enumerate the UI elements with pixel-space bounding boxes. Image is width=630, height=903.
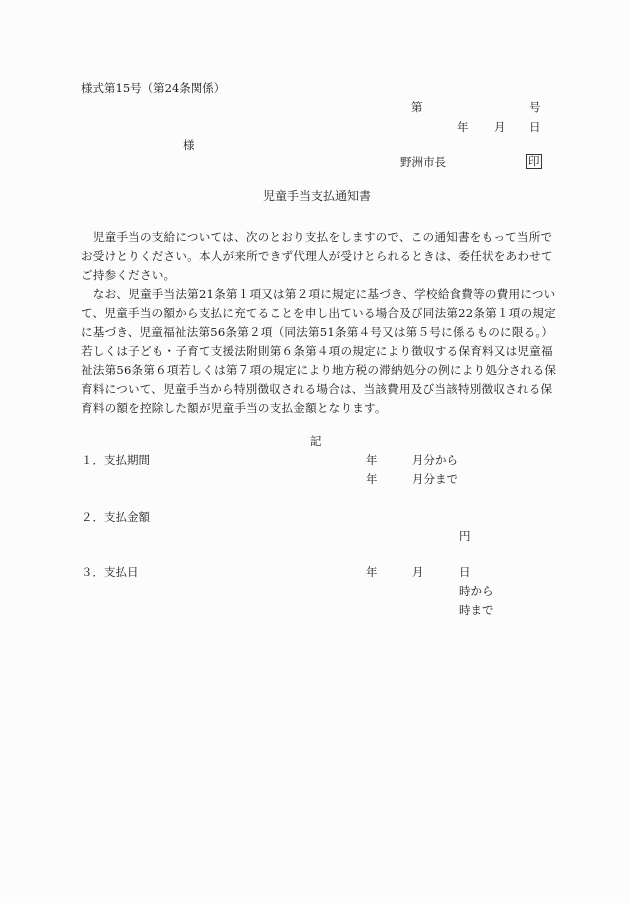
- amount-unit: 円: [459, 529, 471, 543]
- date-year: 年: [457, 120, 469, 134]
- addressee-suffix: 様: [183, 138, 195, 152]
- pay-time-from: 時から: [459, 584, 494, 598]
- number-prefix: 第: [411, 100, 423, 114]
- pay-time-to: 時まで: [459, 603, 494, 617]
- item-date-label: ３．支払日: [81, 565, 139, 579]
- number-suffix: 号: [529, 100, 541, 114]
- pay-date-year: 年: [366, 565, 378, 579]
- paragraph-line: お受けとりください。本人が来所できず代理人が受けとられるときは、委任状をあわせて: [81, 247, 551, 266]
- period-to-month: 月分まで: [412, 472, 458, 486]
- paragraph-1: 児童手当の支給については、次のとおり支払をしますので、この通知書をもって当所で …: [81, 228, 551, 285]
- item-amount-label: ２．支払金額: [81, 510, 150, 524]
- period-from-year: 年: [366, 453, 378, 467]
- paragraph-2: なお、児童手当法第21条第１項又は第２項に規定に基づき、学校給食費等の費用につい…: [81, 285, 551, 418]
- paragraph-line: 育料の額を控除した額が児童手当の支払金額となります。: [81, 399, 551, 418]
- paragraph-line: なお、児童手当法第21条第１項又は第２項に規定に基づき、学校給食費等の費用につい: [81, 285, 551, 304]
- seal-box: 印: [526, 154, 542, 169]
- period-to-year: 年: [366, 472, 378, 486]
- document-title: 児童手当支払通知書: [263, 189, 371, 203]
- pay-date-day: 日: [459, 565, 471, 579]
- paragraph-line: 若しくは子ども・子育て支援法附則第６条第４項の規定により徴収する保育料又は児童福: [81, 342, 551, 361]
- paragraph-line: に基づき、児童福祉法第56条第２項（同法第51条第４号又は第５号に係るものに限る…: [81, 323, 551, 342]
- issuer: 野洲市長: [400, 155, 446, 169]
- paragraph-line: て、児童手当の額から支払に充てることを申し出ている場合及び同法第22条第１項の規…: [81, 304, 551, 323]
- paragraph-line: 育料について、児童手当から特別徴収される場合は、当該費用及び当該特別徴収される保: [81, 380, 551, 399]
- pay-date-month: 月: [412, 565, 424, 579]
- date-month: 月: [494, 120, 506, 134]
- paragraph-line: ご持参ください。: [81, 266, 551, 285]
- paragraph-line: 児童手当の支給については、次のとおり支払をしますので、この通知書をもって当所で: [81, 228, 551, 247]
- ki-heading: 記: [310, 434, 322, 448]
- seal-icon: 印: [526, 154, 542, 169]
- paragraph-line: 祉法第56条第６項若しくは第７項の規定により地方税の滞納処分の例により処分される…: [81, 361, 551, 380]
- item-period-label: １．支払期間: [81, 453, 150, 467]
- period-from-month: 月分から: [412, 453, 458, 467]
- form-number: 様式第15号（第24条関係）: [81, 81, 225, 95]
- date-day: 日: [529, 120, 541, 134]
